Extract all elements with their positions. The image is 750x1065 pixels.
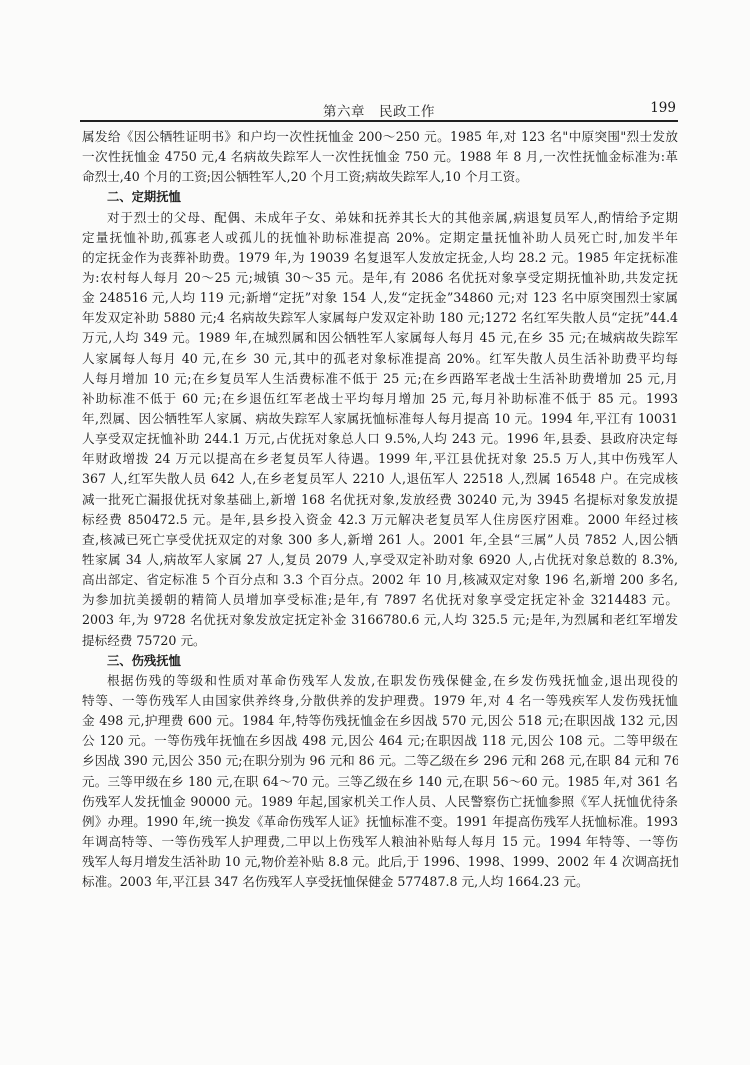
text-line: 2003 年,为 9728 名优抚对象发放定抚定补金 3166780.6 元,人…	[82, 610, 678, 630]
text-line: 乡因战 390 元,因公 350 元;在职分别为 96 元和 86 元。二等乙级…	[82, 751, 678, 771]
text-line: 根据伤残的等级和性质对革命伤残军人发放,在职发伤残保健金,在乡发伤残抚恤金,退出…	[82, 671, 678, 691]
paragraph: 对于烈士的父母、配偶、未成年子女、弟妹和抚养其长大的其他亲属,病退复员军人,酌情…	[82, 208, 678, 651]
text-line: 人家属每人每月 40 元,在乡 30 元,其中的孤老对象标准提高 20%。红军失…	[82, 349, 678, 369]
section-heading: 二、定期抚恤	[82, 187, 678, 207]
text-line: 查,核减已死亡享受优抚双定的对象 300 多人,新增 261 人。2001 年,…	[82, 530, 678, 550]
text-line: 年发双定补助 5880 元;4 名病故失踪军人家属每户发双定补助 180 元;1…	[82, 308, 678, 328]
text-line: 补助标准不低于 60 元;在乡退伍红军老战士平均每月增加 25 元,每月补助标准…	[82, 389, 678, 409]
section-heading: 三、伤残抚恤	[82, 651, 678, 671]
text-line: 年财政增拨 24 万元以提高在乡老复员军人待遇。1999 年,平江县优抚对象 2…	[82, 449, 678, 469]
text-line: 万元,人均 349 元。1989 年,在城烈属和因公牺牲军人家属每人每月 45 …	[82, 328, 678, 348]
chapter-title: 第六章 民政工作	[80, 100, 678, 120]
text-line: 公 120 元。一等伤残年抚恤在乡因战 498 元,因公 464 元;在职因战 …	[82, 731, 678, 751]
text-line: 元。三等甲级在乡 180 元,在职 64～70 元。三等乙级在乡 140 元,在…	[82, 772, 678, 792]
text-line: 金 498 元,护理费 600 元。1984 年,特等伤残抚恤金在乡因战 570…	[82, 711, 678, 731]
text-line: 残军人每月增发生活补助 10 元,物价差补贴 8.8 元。此后,于 1996、1…	[82, 852, 678, 872]
text-line: 367 人,红军失散人员 642 人,在乡老复员军人 2210 人,退伍军人 2…	[82, 469, 678, 489]
text-line: 为参加抗美援朝的精简人员增加享受标准;是年,有 7897 名优抚对象享受定抚定补…	[82, 590, 678, 610]
text-line: 的定抚金作为丧葬补助费。1979 年,为 19039 名复退军人发放定抚金,人均…	[82, 248, 678, 268]
text-line: 减一批死亡漏报优抚对象基础上,新增 168 名优抚对象,发放经费 30240 元…	[82, 490, 678, 510]
text-line: 例》办理。1990 年,统一换发《革命伤残军人证》抚恤标准不变。1991 年提高…	[82, 812, 678, 832]
running-header: 第六章 民政工作 199	[80, 100, 678, 120]
text-line: 标准。2003 年,平江县 347 名伤残军人享受抚恤保健金 577487.8 …	[82, 872, 678, 892]
text-line: 伤残军人发抚恤金 90000 元。1989 年起,国家机关工作人员、人民警察伤亡…	[82, 792, 678, 812]
text-line: 为:农村每人每月 20～25 元;城镇 30～35 元。是年,有 2086 名优…	[82, 268, 678, 288]
paragraph: 根据伤残的等级和性质对革命伤残军人发放,在职发伤残保健金,在乡发伤残抚恤金,退出…	[82, 671, 678, 893]
page-number: 199	[650, 100, 676, 116]
text-line: 人享受双定抚恤补助 244.1 万元,占优抚对象总人口 9.5%,人均 243 …	[82, 429, 678, 449]
text-line: 定量抚恤补助,孤寡老人或孤儿的抚恤补助标准提高 20%。定期定量抚恤补助人员死亡…	[82, 228, 678, 248]
text-line: 提标经费 75720 元。	[82, 631, 678, 651]
page-body: 属发给《因公牺牲证明书》和户均一次性抚恤金 200～250 元。1985 年,对…	[82, 127, 678, 892]
text-line: 对于烈士的父母、配偶、未成年子女、弟妹和抚养其长大的其他亲属,病退复员军人,酌情…	[82, 208, 678, 228]
text-line: 属发给《因公牺牲证明书》和户均一次性抚恤金 200～250 元。1985 年,对…	[82, 127, 678, 147]
text-line: 特等、一等伤残军人由国家供养终身,分散供养的发护理费。1979 年,对 4 名一…	[82, 691, 678, 711]
paragraph: 属发给《因公牺牲证明书》和户均一次性抚恤金 200～250 元。1985 年,对…	[82, 127, 678, 187]
text-line: 高出部定、省定标准 5 个百分点和 3.3 个百分点。2002 年 10 月,核…	[82, 570, 678, 590]
text-line: 牲家属 34 人,病故军人家属 27 人,复员 2079 人,享受双定补助对象 …	[82, 550, 678, 570]
text-line: 年,烈属、因公牺牲军人家属、病故失踪军人家属抚恤标准每人每月提高 10 元。19…	[82, 409, 678, 429]
text-line: 一次性抚恤金 4750 元,4 名病故失踪军人一次性抚恤金 750 元。1988…	[82, 147, 678, 167]
header-rule	[80, 120, 678, 122]
text-line: 年调高特等、一等伤残军人护理费,二甲以上伤残军人粮油补贴每人每月 15 元。19…	[82, 832, 678, 852]
text-line: 人每月增加 10 元;在乡复员军人生活费标准不低于 25 元;在乡西路军老战士生…	[82, 369, 678, 389]
text-line: 命烈士,40 个月的工资;因公牺牲军人,20 个月工资;病故失踪军人,10 个月…	[82, 167, 678, 187]
text-line: 标经费 850472.5 元。是年,县乡投入资金 42.3 万元解决老复员军人住…	[82, 510, 678, 530]
text-line: 金 248516 元,人均 119 元;新增“定抚”对象 154 人,发“定抚金…	[82, 288, 678, 308]
